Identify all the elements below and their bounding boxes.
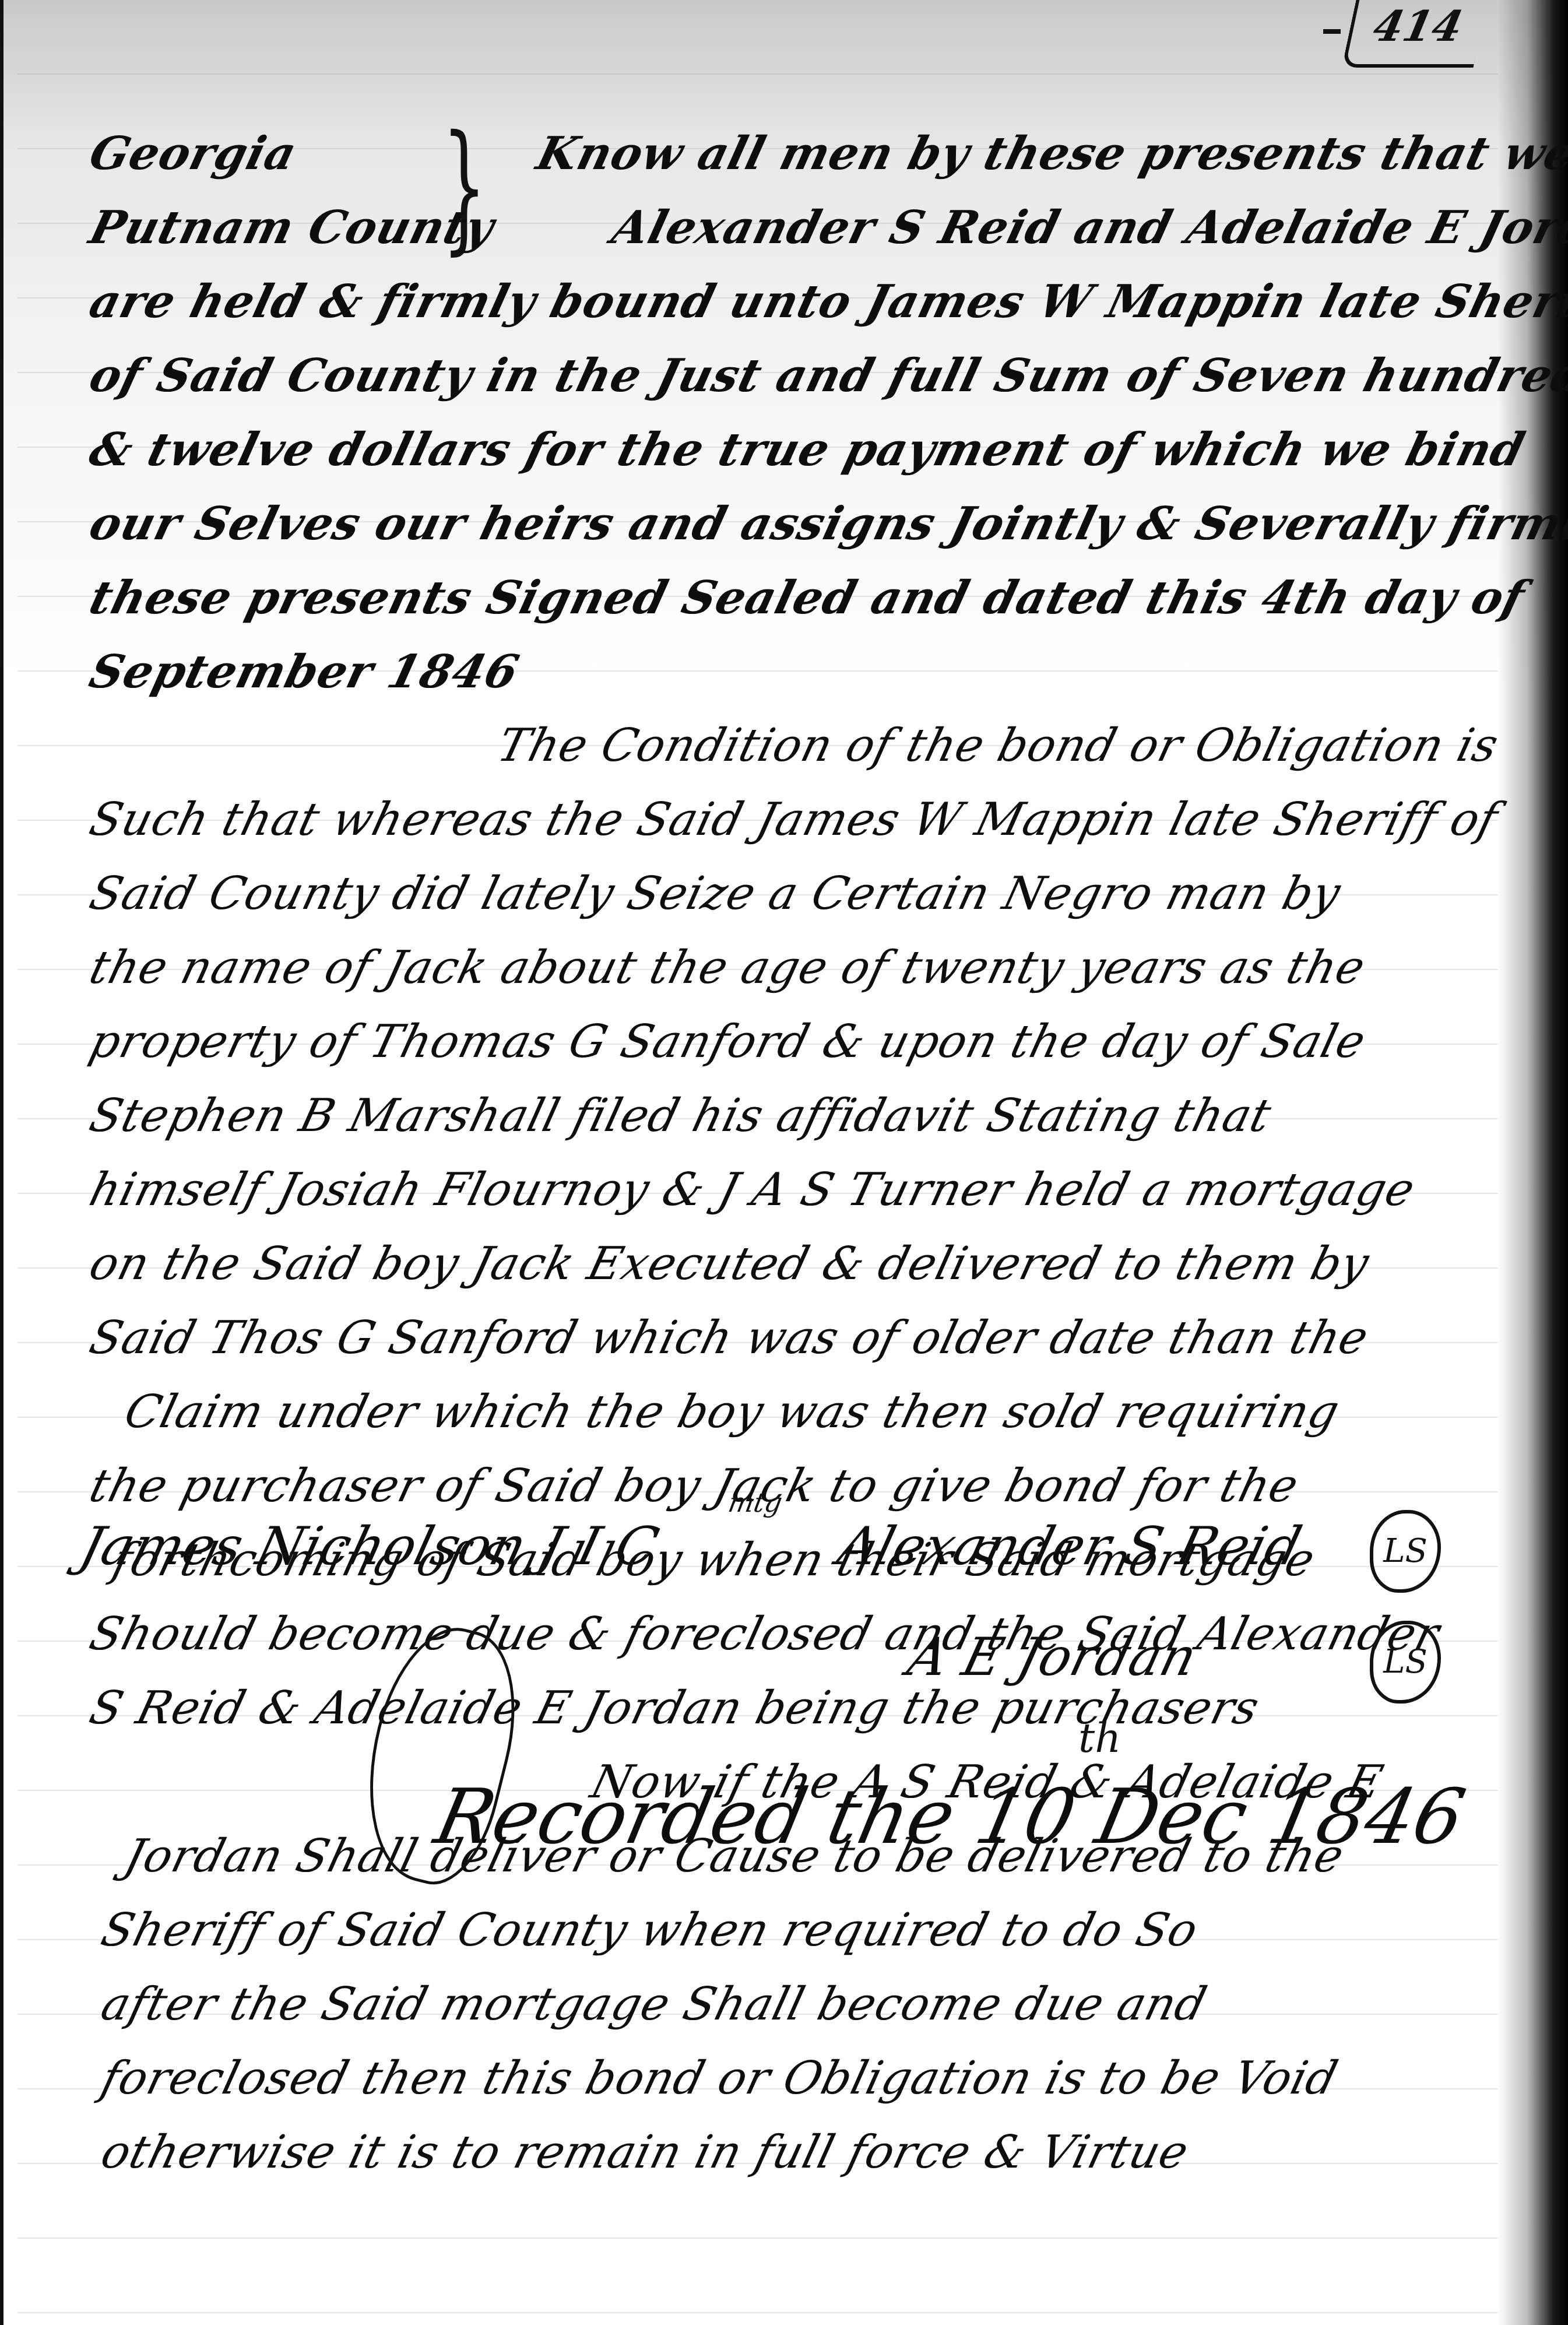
page-number: 414 [1342, 0, 1488, 68]
recorded-text: Recorded the 10 Dec 1846 [428, 1772, 1472, 1861]
text-line: after the Said mortgage Shall become due… [82, 1968, 1499, 2042]
text-line: Claim under which the boy was then sold … [82, 1375, 1499, 1449]
text-line: Said Thos G Sanford which was of older d… [82, 1301, 1499, 1375]
text-line: these presents Signed Sealed and dated t… [82, 561, 1499, 635]
mtg-annotation: mtg [726, 1487, 785, 1518]
text-line: are held & firmly bound unto James W Map… [82, 265, 1499, 339]
text-line: Said County did lately Seize a Certain N… [82, 857, 1499, 931]
witness-signature: James Nicholson J I C [74, 1516, 665, 1577]
text-line: & twelve dollars for the true payment of… [82, 413, 1499, 487]
seal-1: LS [1370, 1510, 1441, 1593]
text-line: Stephen B Marshall filed his affidavit S… [82, 1079, 1499, 1153]
text-line: the name of Jack about the age of twenty… [82, 931, 1499, 1005]
text-line: September 1846 [82, 635, 1499, 709]
page-number-dash [1323, 29, 1341, 34]
text-line: property of Thomas G Sanford & upon the … [82, 1005, 1499, 1079]
text-line: himself Josiah Flournoy & J A S Turner h… [82, 1153, 1499, 1227]
text-line: foreclosed then this bond or Obligation … [82, 2042, 1499, 2116]
recorded-superscript: th [1078, 1714, 1121, 1762]
text-line: Sheriff of Said County when required to … [82, 1894, 1499, 1968]
signer-1-signature: Alexander S Reid [832, 1516, 1307, 1577]
text-line: Such that whereas the Said James W Mappi… [82, 783, 1499, 857]
text-line: Georgia Know all men by these presents t… [82, 117, 1499, 191]
text-line: Putnam County Alexander S Reid and Adela… [82, 191, 1499, 265]
signature-row-1: James Nicholson J I C mtg Alexander S Re… [82, 1504, 1481, 1615]
text-line: The Condition of the bond or Obligation … [82, 709, 1499, 783]
ledger-page: 414 } Georgia Know all men by these pres… [0, 0, 1568, 2325]
text-line: on the Said boy Jack Executed & delivere… [82, 1227, 1499, 1301]
heading-county: Putnam County [84, 201, 500, 254]
recorded-note: th Recorded the 10 Dec 1846 [373, 1627, 1481, 1895]
heading-state: Georgia [84, 127, 302, 180]
text-line: otherwise it is to remain in full force … [82, 2116, 1499, 2190]
text-line: of Said County in the Just and full Sum … [82, 339, 1499, 413]
text-line: our Selves our heirs and assigns Jointly… [82, 487, 1499, 561]
